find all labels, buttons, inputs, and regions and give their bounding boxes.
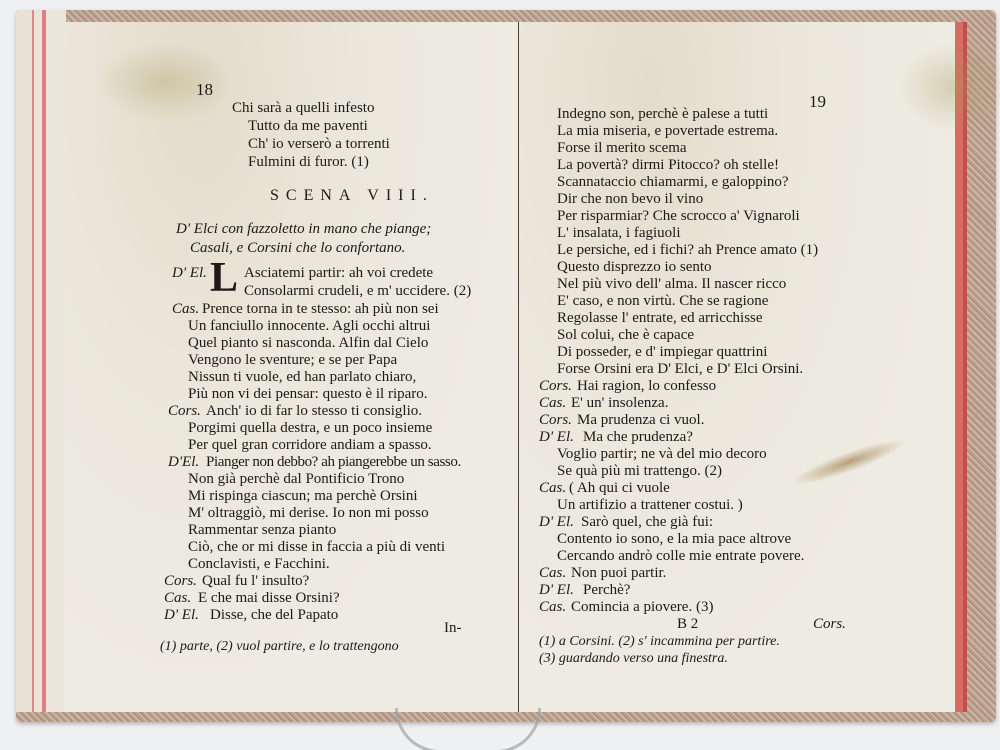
- speaker-label: D'El.: [168, 454, 199, 471]
- speaker-label: D' El.: [539, 514, 574, 531]
- dialogue-line: La mia miseria, e povertade estrema.: [557, 123, 778, 140]
- speaker-label: Cas.: [539, 599, 566, 616]
- dialogue-line: Indegno son, perchè è palese a tutti: [557, 106, 768, 123]
- dialogue-line: Qual fu l' insulto?: [202, 573, 309, 590]
- speaker-label: Cas.: [164, 590, 191, 607]
- footnotes: (1) parte, (2) vuol partire, e lo tratte…: [160, 638, 399, 655]
- open-book: 18 Chi sarà a quelli infesto Tutto da me…: [16, 10, 996, 722]
- dialogue-line: E' caso, e non virtù. Che se ragione: [557, 293, 768, 310]
- dialogue-line: Forse Orsini era D' Elci, e D' Elci Orsi…: [557, 361, 803, 378]
- dialogue-line: M' oltraggiò, mi derise. Io non mi posso: [188, 505, 429, 522]
- drop-cap: L: [210, 258, 238, 298]
- aria-line: Chi sarà a quelli infesto: [232, 100, 374, 117]
- dialogue-line: Un artifizio a trattener costui. ): [557, 497, 743, 514]
- right-page: 19 Indegno son, perchè è palese a tutti …: [519, 22, 955, 712]
- scene-heading: SCENA VIII.: [270, 187, 434, 205]
- dialogue-line: Rammentar senza pianto: [188, 522, 336, 539]
- bookmark-ribbon: [395, 708, 541, 750]
- dialogue-line: Comincia a piovere. (3): [571, 599, 713, 616]
- dialogue-line: Questo disprezzo io sento: [557, 259, 712, 276]
- dialogue-line: Per quel gran corridore andiam a spasso.: [188, 437, 432, 454]
- dialogue-line: Ma prudenza ci vuol.: [577, 412, 704, 429]
- dialogue-line: Mi rispinga ciascun; ma perchè Orsini: [188, 488, 418, 505]
- signature-mark: B 2: [677, 616, 698, 633]
- dialogue-line: Voglio partir; ne và del mio decoro: [557, 446, 767, 463]
- aria-line: Tutto da me paventi: [248, 118, 368, 135]
- dialogue-line: Per risparmiar? Che scrocco a' Vignaroli: [557, 208, 800, 225]
- dialogue-line: Nel più vivo dell' alma. Il nascer ricco: [557, 276, 786, 293]
- dialogue-line: Nissun ti vuole, ed han parlato chiaro,: [188, 369, 416, 386]
- dialogue-line: Più non vi dei pensar: questo è il ripar…: [188, 386, 428, 403]
- aria-line: Fulmini di furor. (1): [248, 154, 369, 171]
- page-number: 18: [196, 80, 213, 100]
- dialogue-line: Ma che prudenza?: [583, 429, 693, 446]
- dialogue-line: Disse, che del Papato: [210, 607, 338, 624]
- stage-direction: D' Elci con fazzoletto in mano che piang…: [176, 221, 431, 238]
- speaker-label: Cors.: [539, 412, 572, 429]
- speaker-label: D' El.: [539, 429, 574, 446]
- speaker-label: Cas.: [539, 565, 566, 582]
- dialogue-line: ( Ah qui ci vuole: [569, 480, 670, 497]
- dialogue-line: Ciò, che or mi disse in faccia a più di …: [188, 539, 445, 556]
- dialogue-line: Contento io sono, e la mia pace altrove: [557, 531, 791, 548]
- dialogue-line: Sarò quel, che già fui:: [581, 514, 713, 531]
- speaker-label: Cas.: [539, 480, 566, 497]
- dialogue-line: Non già perchè dal Pontificio Trono: [188, 471, 404, 488]
- speaker-label: D' El.: [164, 607, 199, 624]
- left-page-edges: [16, 10, 66, 712]
- dialogue-line: Conclavisti, e Facchini.: [188, 556, 330, 573]
- dialogue-line: Consolarmi crudeli, e m' uccidere. (2): [244, 283, 471, 300]
- aria-line: Ch' io verserò a torrenti: [248, 136, 390, 153]
- speaker-label: Cas.: [539, 395, 566, 412]
- speaker-label: Cors.: [164, 573, 197, 590]
- dialogue-line: Hai ragion, lo confesso: [577, 378, 716, 395]
- dialogue-line: La povertà? dirmi Pitocco? oh stelle!: [557, 157, 779, 174]
- dialogue-line: Vengono le sventure; e se per Papa: [188, 352, 397, 369]
- dialogue-line: Le persiche, ed i fichi? ah Prence amato…: [557, 242, 818, 259]
- footnote-line: (1) a Corsini. (2) s' incammina per part…: [539, 633, 780, 650]
- speaker-label: Cors.: [168, 403, 201, 420]
- footnote-line: (3) guardando verso una finestra.: [539, 650, 728, 667]
- foxing-stain: [899, 42, 1000, 132]
- dialogue-line: Forse il merito scema: [557, 140, 687, 157]
- dialogue-line: L' insalata, i fagiuoli: [557, 225, 681, 242]
- dialogue-line: Se quà più mi trattengo. (2): [557, 463, 722, 480]
- dialogue-line: Quel pianto si nasconda. Alfin dal Cielo: [188, 335, 428, 352]
- dialogue-line: E' un' insolenza.: [571, 395, 668, 412]
- speaker-label: D' El.: [539, 582, 574, 599]
- dialogue-line: Di posseder, e d' impiegar quattrini: [557, 344, 767, 361]
- speaker-label: Cas.: [172, 301, 199, 318]
- catchword: In-: [444, 620, 462, 637]
- dialogue-line: E che mai disse Orsini?: [198, 590, 340, 607]
- page-number: 19: [809, 92, 826, 112]
- dialogue-line: Regolasse l' entrate, ed arricchisse: [557, 310, 763, 327]
- dialogue-line: Un fanciullo innocente. Agli occhi altru…: [188, 318, 430, 335]
- dialogue-line: Prence torna in te stesso: ah più non se…: [202, 301, 439, 318]
- dialogue-line: Anch' io di far lo stesso ti consiglio.: [206, 403, 422, 420]
- ink-stain: [789, 432, 909, 492]
- speaker-label: D' El.: [172, 265, 207, 282]
- dialogue-line: Dir che non bevo il vino: [557, 191, 703, 208]
- foxing-stain: [94, 42, 234, 122]
- dialogue-line: Cercando andrò colle mie entrate povere.: [557, 548, 804, 565]
- dialogue-line: Pianger non debbo? ah piangerebbe un sas…: [206, 454, 461, 471]
- speaker-label: Cors.: [539, 378, 572, 395]
- catchword: Cors.: [813, 616, 846, 633]
- dialogue-line: Sol colui, che è capace: [557, 327, 694, 344]
- left-page: 18 Chi sarà a quelli infesto Tutto da me…: [64, 22, 519, 712]
- dialogue-line: Perchè?: [583, 582, 630, 599]
- dialogue-line: Non puoi partir.: [571, 565, 666, 582]
- dialogue-line: Asciatemi partir: ah voi credete: [244, 265, 433, 282]
- dialogue-line: Porgimi quella destra, e un poco insieme: [188, 420, 432, 437]
- dialogue-line: Scannataccio chiamarmi, e galoppino?: [557, 174, 789, 191]
